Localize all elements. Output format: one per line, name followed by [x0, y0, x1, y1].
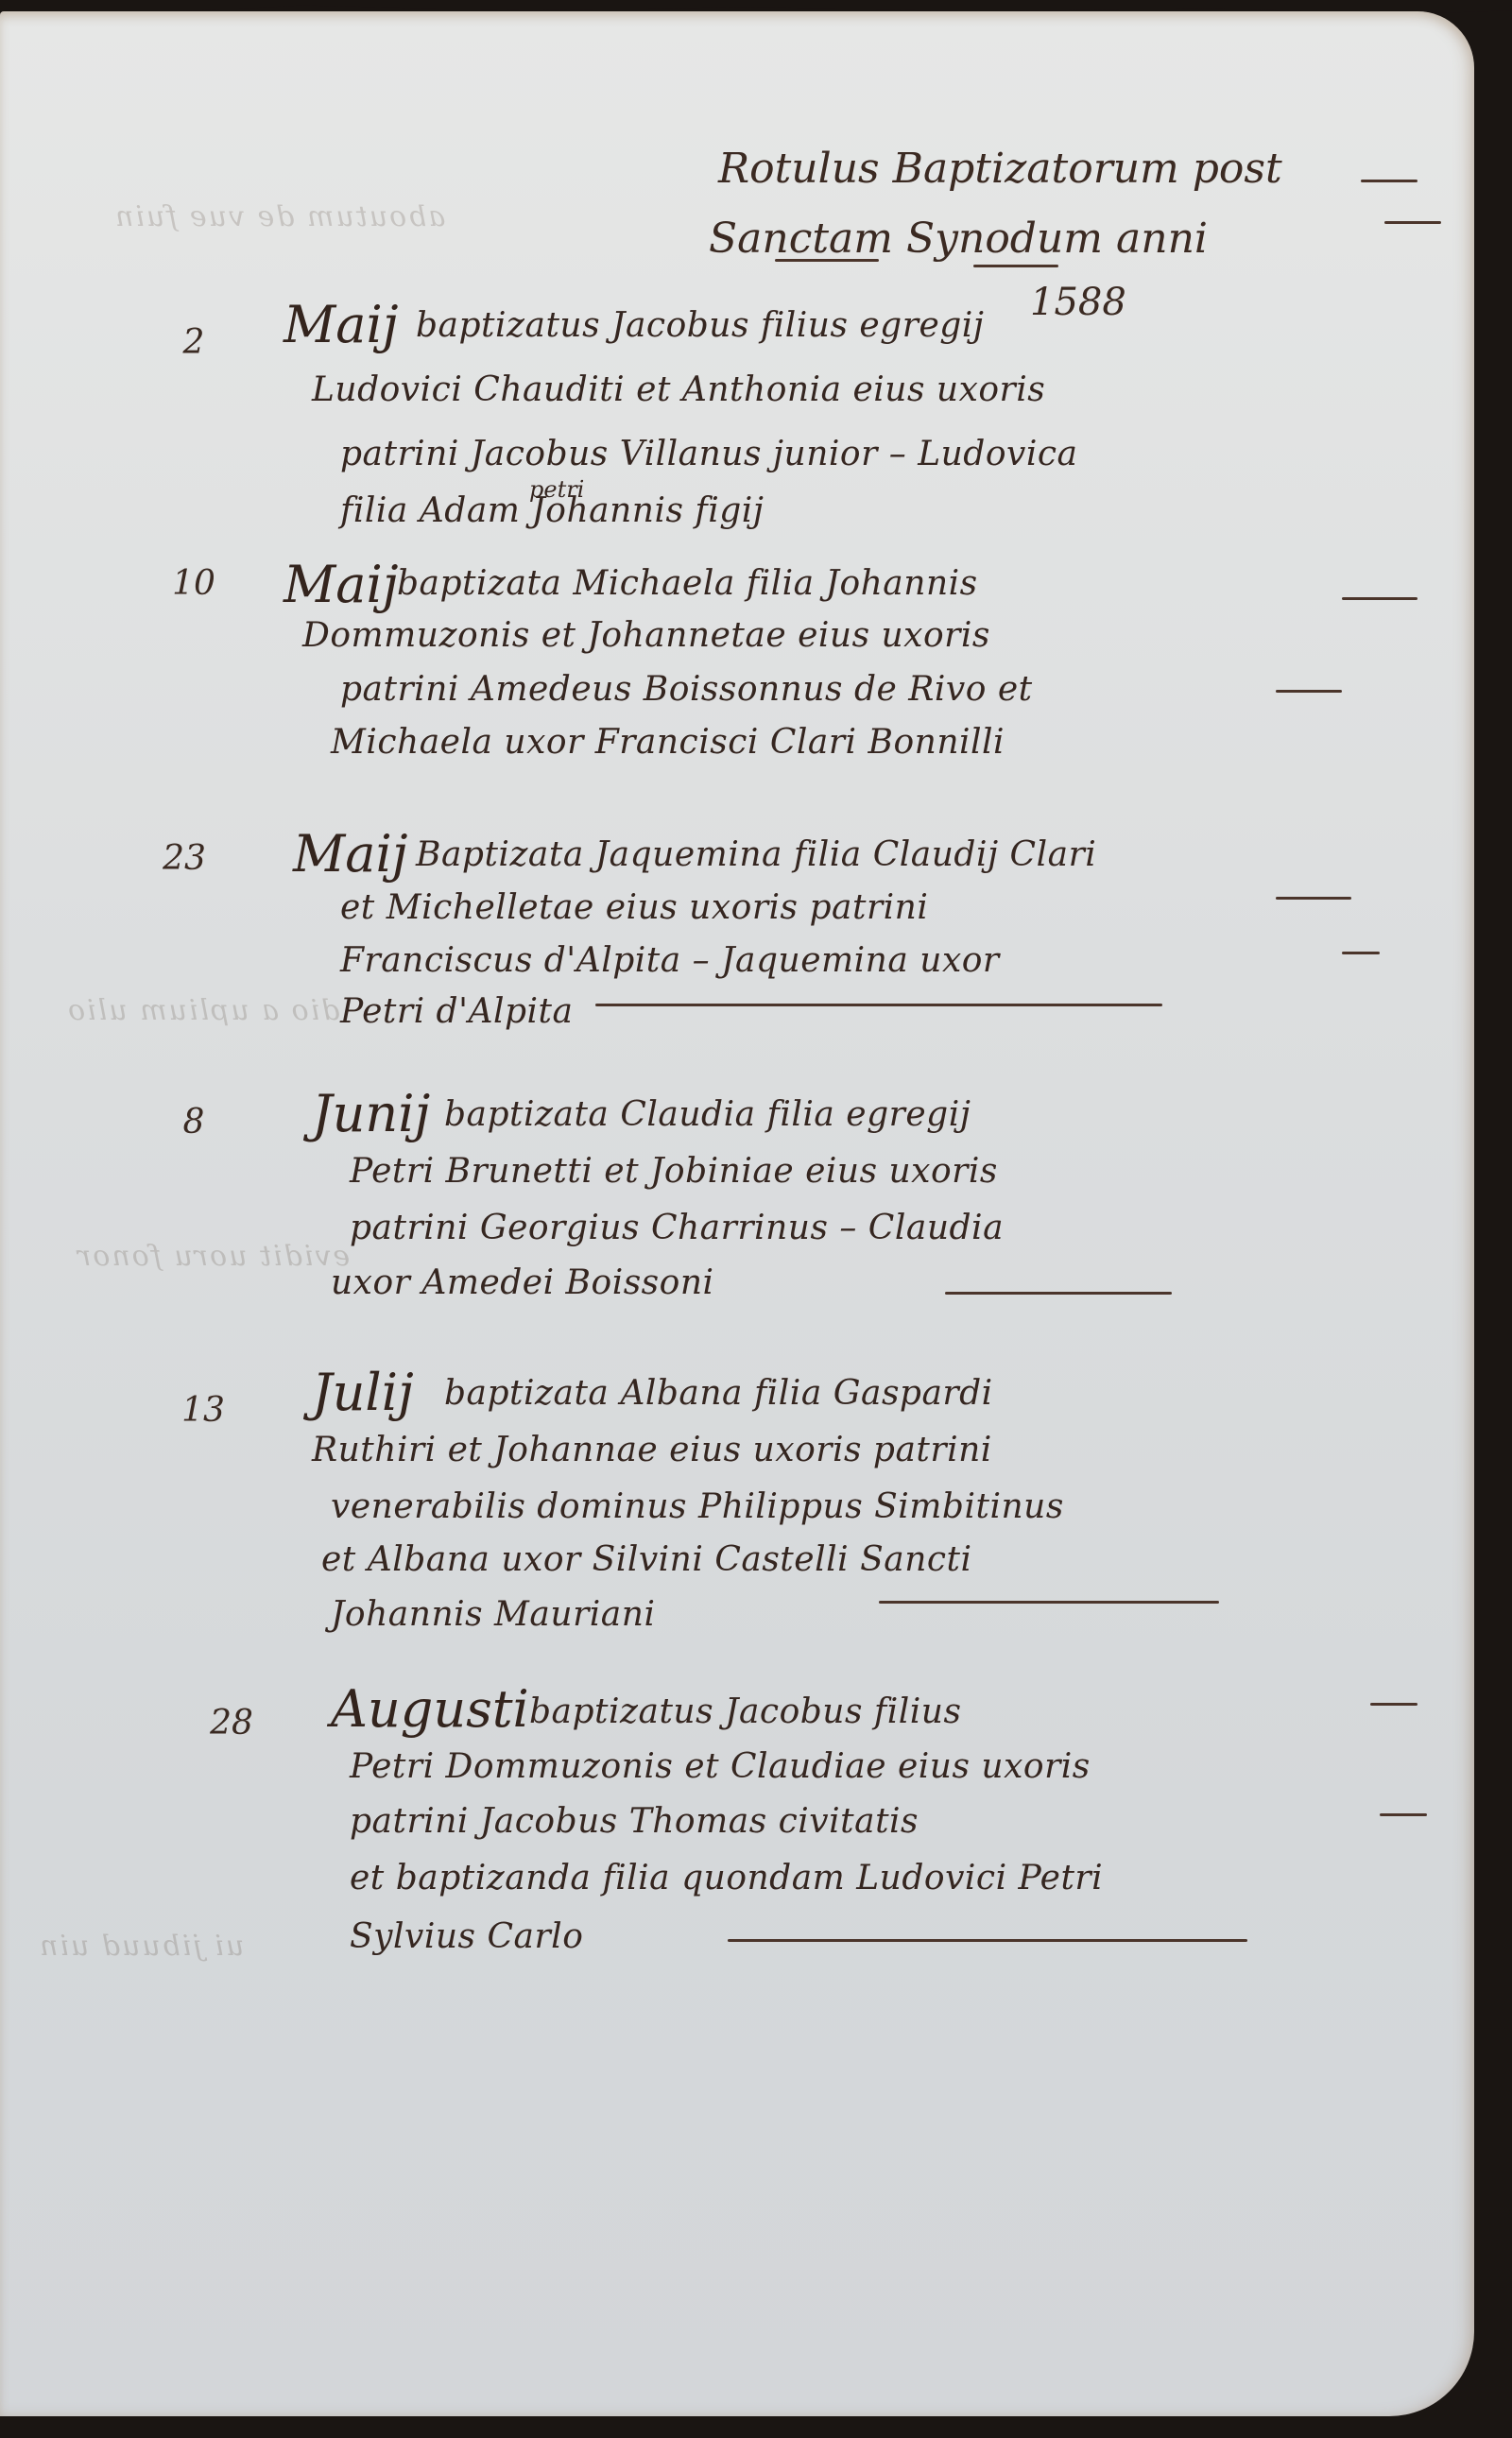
- entry-line: et baptizanda filia quondam Ludovici Pet…: [350, 1859, 1103, 1897]
- entry-line: Johannis Mauriani: [331, 1595, 655, 1634]
- entry-day: 23: [142, 839, 227, 878]
- entry-line: patrini Jacobus Villanus junior – Ludovi…: [340, 435, 1077, 473]
- entry-day: 8: [151, 1103, 236, 1142]
- line-filler-rule: [1276, 897, 1351, 900]
- entry-line: baptizatus Jacobus filius egregij: [416, 306, 984, 345]
- entry-day: 10: [151, 564, 236, 603]
- entry-month: Julij: [312, 1363, 414, 1422]
- entry-month: Maij: [293, 824, 408, 884]
- entry-line: Ruthiri et Johannae eius uxoris patrini: [312, 1431, 992, 1469]
- entry-line: baptizata Albana filia Gaspardi: [444, 1374, 993, 1413]
- bleed-through-text: ui jibuud uin: [38, 1930, 244, 1963]
- line-filler-rule: [879, 1601, 1219, 1604]
- entry-line: Petri Dommuzonis et Claudiae eius uxoris: [350, 1747, 1091, 1786]
- entry-month: Junij: [312, 1084, 430, 1143]
- entry-month: Augusti: [331, 1679, 529, 1739]
- entry-day: 13: [161, 1391, 246, 1430]
- entry-line: filia Adam Johannis figij: [340, 491, 764, 530]
- header-rule: [1361, 180, 1417, 182]
- bleed-through-text: dio a uplium ulio: [66, 994, 339, 1027]
- entry-line: patrini Jacobus Thomas civitatis: [350, 1802, 919, 1841]
- header-line-2: Sanctam Synodum anni: [709, 204, 1436, 274]
- bleed-through-text: aboutum de vue fuin: [113, 200, 445, 233]
- header-rule: [775, 259, 879, 262]
- entry-line: Sylvius Carlo: [350, 1917, 583, 1956]
- line-filler-rule: [1342, 597, 1417, 600]
- entry-line: baptizata Claudia filia egregij: [444, 1095, 971, 1134]
- line-filler-rule: [1370, 1703, 1417, 1706]
- header-year: 1588: [1030, 274, 1436, 334]
- entry-month: Maij: [283, 295, 399, 354]
- entry-month: Maij: [283, 555, 399, 614]
- line-filler-rule: [945, 1292, 1172, 1295]
- header-line-1: Rotulus Baptizatorum post: [718, 134, 1436, 204]
- entry-line: Franciscus d'Alpita – Jaquemina uxor: [340, 941, 1000, 980]
- entry-line: baptizatus Jacobus filius: [529, 1692, 961, 1731]
- bleed-through-text: evidit uoru fonor: [76, 1240, 350, 1273]
- entry-line: Ludovici Chauditi et Anthonia eius uxori…: [312, 370, 1045, 409]
- register-header: Rotulus Baptizatorum post Sanctam Synodu…: [718, 134, 1436, 334]
- entry-day: 28: [189, 1704, 274, 1743]
- entry-line: Dommuzonis et Johannetae eius uxoris: [302, 616, 990, 655]
- entry-line: venerabilis dominus Philippus Simbitinus: [331, 1487, 1064, 1526]
- entry-line: Petri Brunetti et Jobiniae eius uxoris: [350, 1152, 998, 1191]
- entry-line: et Albana uxor Silvini Castelli Sancti: [321, 1540, 972, 1579]
- entry-line: uxor Amedei Boissoni: [331, 1263, 714, 1302]
- header-rule: [1384, 221, 1441, 224]
- line-filler-rule: [595, 1004, 1162, 1006]
- entry-line: baptizata Michaela filia Johannis: [397, 564, 978, 603]
- manuscript-page: aboutum de vue fuin dio a uplium ulio ev…: [0, 11, 1474, 2416]
- entry-line: Michaela uxor Francisci Clari Bonnilli: [331, 723, 1005, 762]
- line-filler-rule: [1342, 952, 1380, 954]
- entry-line: patrini Georgius Charrinus – Claudia: [350, 1209, 1004, 1247]
- line-filler-rule: [1380, 1813, 1427, 1816]
- line-filler-rule: [1276, 690, 1342, 693]
- line-filler-rule: [728, 1939, 1247, 1942]
- entry-line: Baptizata Jaquemina filia Claudij Clari: [416, 835, 1096, 874]
- entry-line: Petri d'Alpita: [340, 992, 573, 1031]
- header-rule: [973, 265, 1058, 267]
- entry-line: et Michelletae eius uxoris patrini: [340, 888, 928, 927]
- entry-day: 2: [151, 323, 236, 362]
- entry-line: patrini Amedeus Boissonnus de Rivo et: [340, 670, 1033, 709]
